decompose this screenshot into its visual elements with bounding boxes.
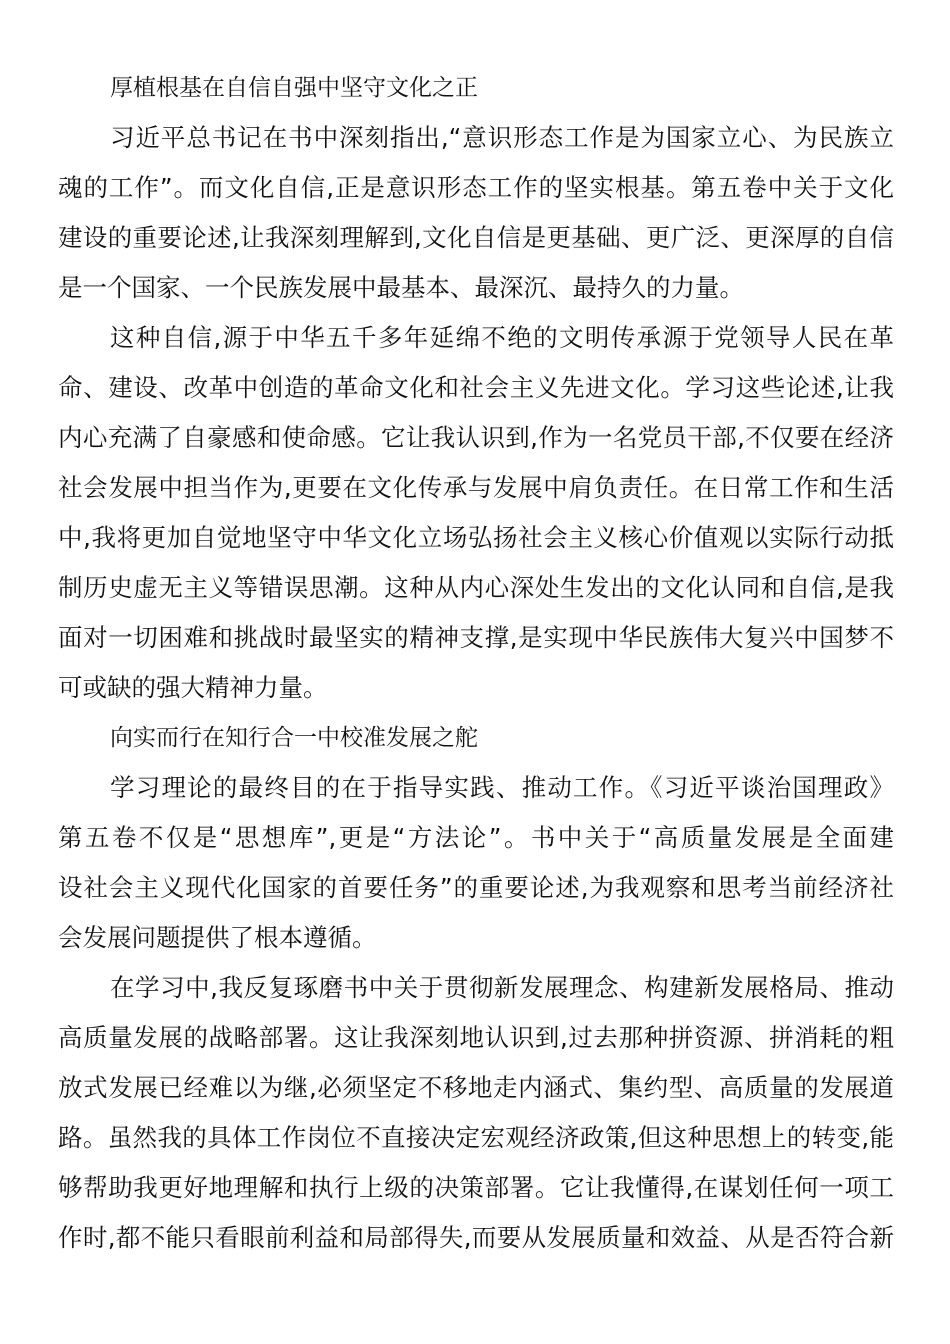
paragraph-line: 第五卷不仅是“思想库”,更是“方法论”。书中关于“高质量发展是全面建 (58, 823, 894, 853)
paragraph-line: 学习理论的最终目的在于指导实践、推动工作。《习近平谈治国理政》 (110, 773, 894, 803)
paragraph-line: 面对一切困难和挑战时最坚实的精神支撑,是实现中华民族伟大复兴中国梦不 (58, 623, 894, 653)
paragraph-line: 建设的重要论述,让我深刻理解到,文化自信是更基础、更广泛、更深厚的自信 (58, 223, 894, 253)
paragraph-line: 是一个国家、一个民族发展中最基本、最深沉、最持久的力量。 (58, 273, 894, 303)
paragraph-line: 路。虽然我的具体工作岗位不直接决定宏观经济政策,但这种思想上的转变,能 (58, 1123, 894, 1153)
paragraph-line: 在学习中,我反复琢磨书中关于贯彻新发展理念、构建新发展格局、推动 (110, 973, 894, 1003)
paragraph-line: 内心充满了自豪感和使命感。它让我认识到,作为一名党员干部,不仅要在经济 (58, 423, 894, 453)
paragraph-line: 作时,都不能只看眼前利益和局部得失,而要从发展质量和效益、从是否符合新 (58, 1223, 894, 1253)
paragraph-line: 放式发展已经难以为继,必须坚定不移地走内涵式、集约型、高质量的发展道 (58, 1073, 894, 1103)
section-heading: 向实而行在知行合一中校准发展之舵 (110, 723, 894, 753)
paragraph-line: 魂的工作”。而文化自信,正是意识形态工作的坚实根基。第五卷中关于文化 (58, 173, 894, 203)
document-page: 厚植根基在自信自强中坚守文化之正 习近平总书记在书中深刻指出,“意识形态工作是为… (0, 0, 950, 1344)
paragraph-line: 设社会主义现代化国家的首要任务”的重要论述,为我观察和思考当前经济社 (58, 873, 894, 903)
paragraph-line: 习近平总书记在书中深刻指出,“意识形态工作是为国家立心、为民族立 (110, 123, 894, 153)
paragraph-line: 制历史虚无主义等错误思潮。这种从内心深处生发出的文化认同和自信,是我 (58, 573, 894, 603)
section-heading: 厚植根基在自信自强中坚守文化之正 (110, 73, 894, 103)
paragraph-line: 这种自信,源于中华五千多年延绵不绝的文明传承源于党领导人民在革 (110, 323, 894, 353)
paragraph-line: 高质量发展的战略部署。这让我深刻地认识到,过去那种拼资源、拼消耗的粗 (58, 1023, 894, 1053)
paragraph-line: 够帮助我更好地理解和执行上级的决策部署。它让我懂得,在谋划任何一项工 (58, 1173, 894, 1203)
paragraph-line: 社会发展中担当作为,更要在文化传承与发展中肩负责任。在日常工作和生活 (58, 473, 894, 503)
paragraph-line: 可或缺的强大精神力量。 (58, 673, 894, 703)
paragraph-line: 命、建设、改革中创造的革命文化和社会主义先进文化。学习这些论述,让我 (58, 373, 894, 403)
paragraph-line: 中,我将更加自觉地坚守中华文化立场弘扬社会主义核心价值观以实际行动抵 (58, 523, 894, 553)
paragraph-line: 会发展问题提供了根本遵循。 (58, 923, 894, 953)
